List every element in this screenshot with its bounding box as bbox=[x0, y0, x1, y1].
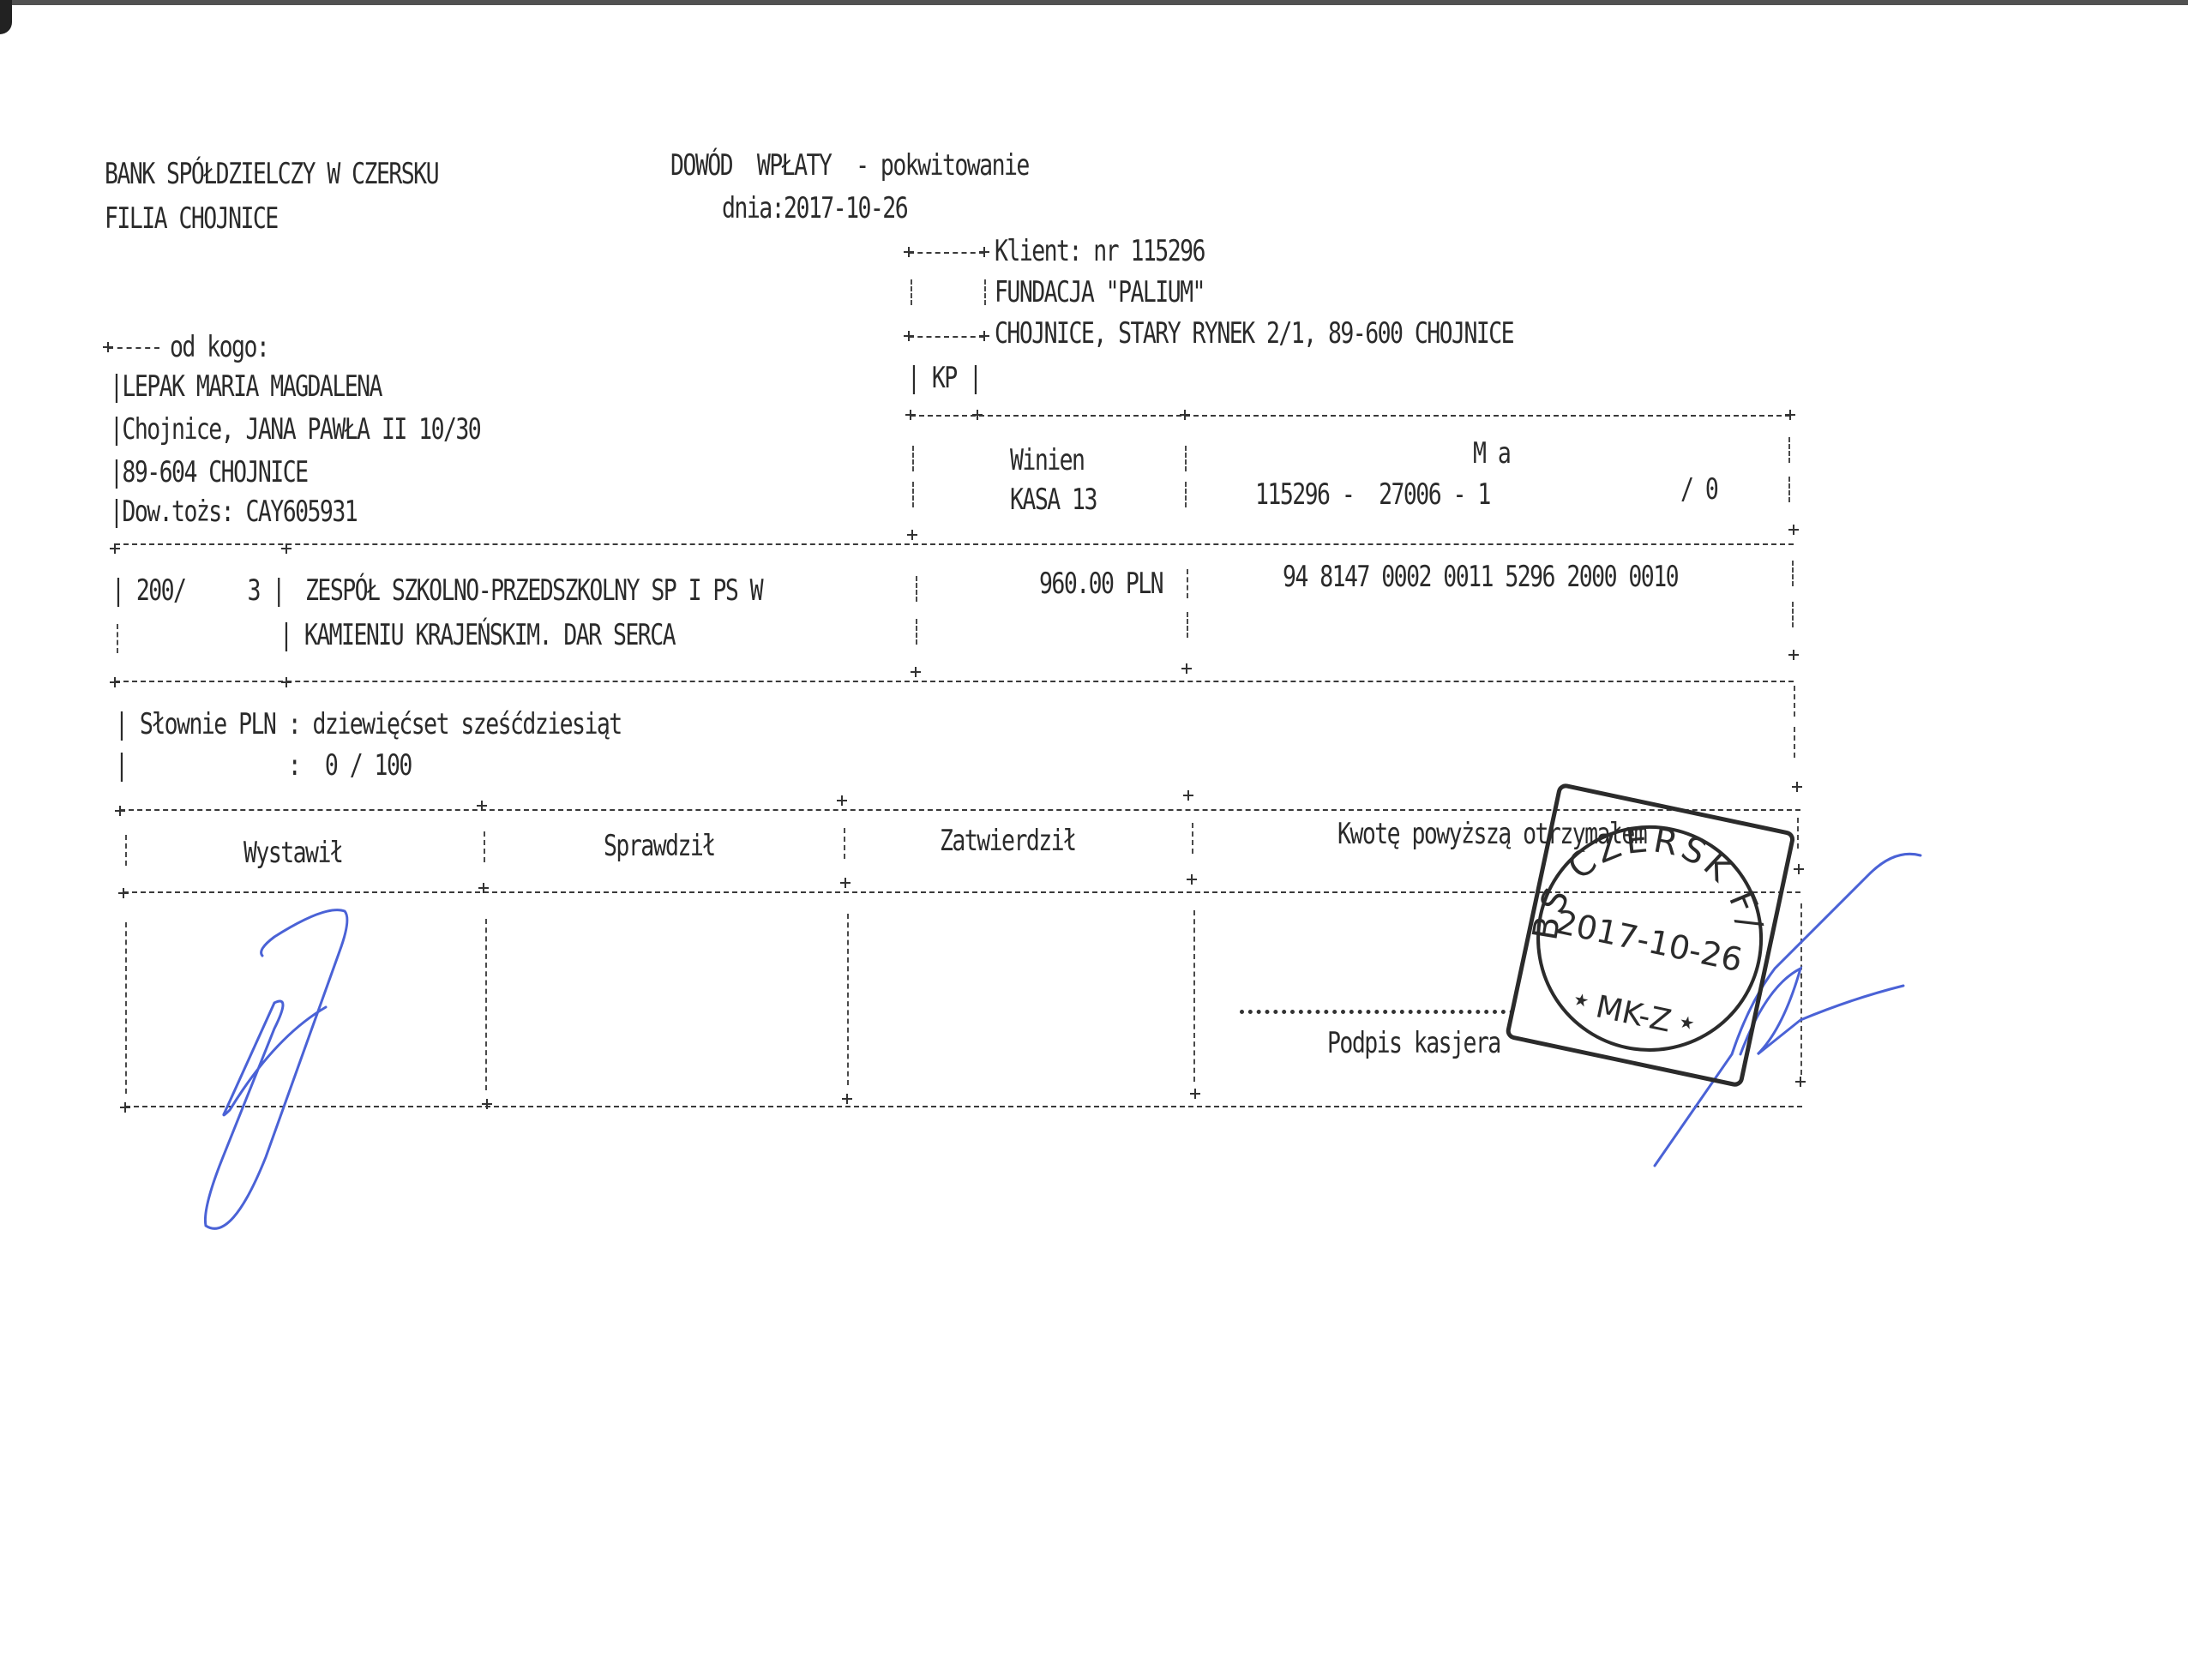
star-icon: ★ bbox=[1572, 983, 1591, 1014]
svg-text:BS CZERSK F/CHOJNICE: BS CZERSK F/CHOJNICE bbox=[15, 0, 1964, 986]
issuer-signature bbox=[205, 910, 346, 1229]
stamp-date: 2017-10-26 bbox=[1553, 903, 1746, 979]
bank-stamp: BS CZERSK F/CHOJNICE 2017-10-26 MK-Z ★ ★ bbox=[0, 0, 1968, 1086]
stamp-code: MK-Z bbox=[1593, 989, 1674, 1040]
ink-overlay: BS CZERSK F/CHOJNICE 2017-10-26 MK-Z ★ ★ bbox=[0, 0, 2188, 1680]
star-icon: ★ bbox=[1677, 1005, 1697, 1036]
